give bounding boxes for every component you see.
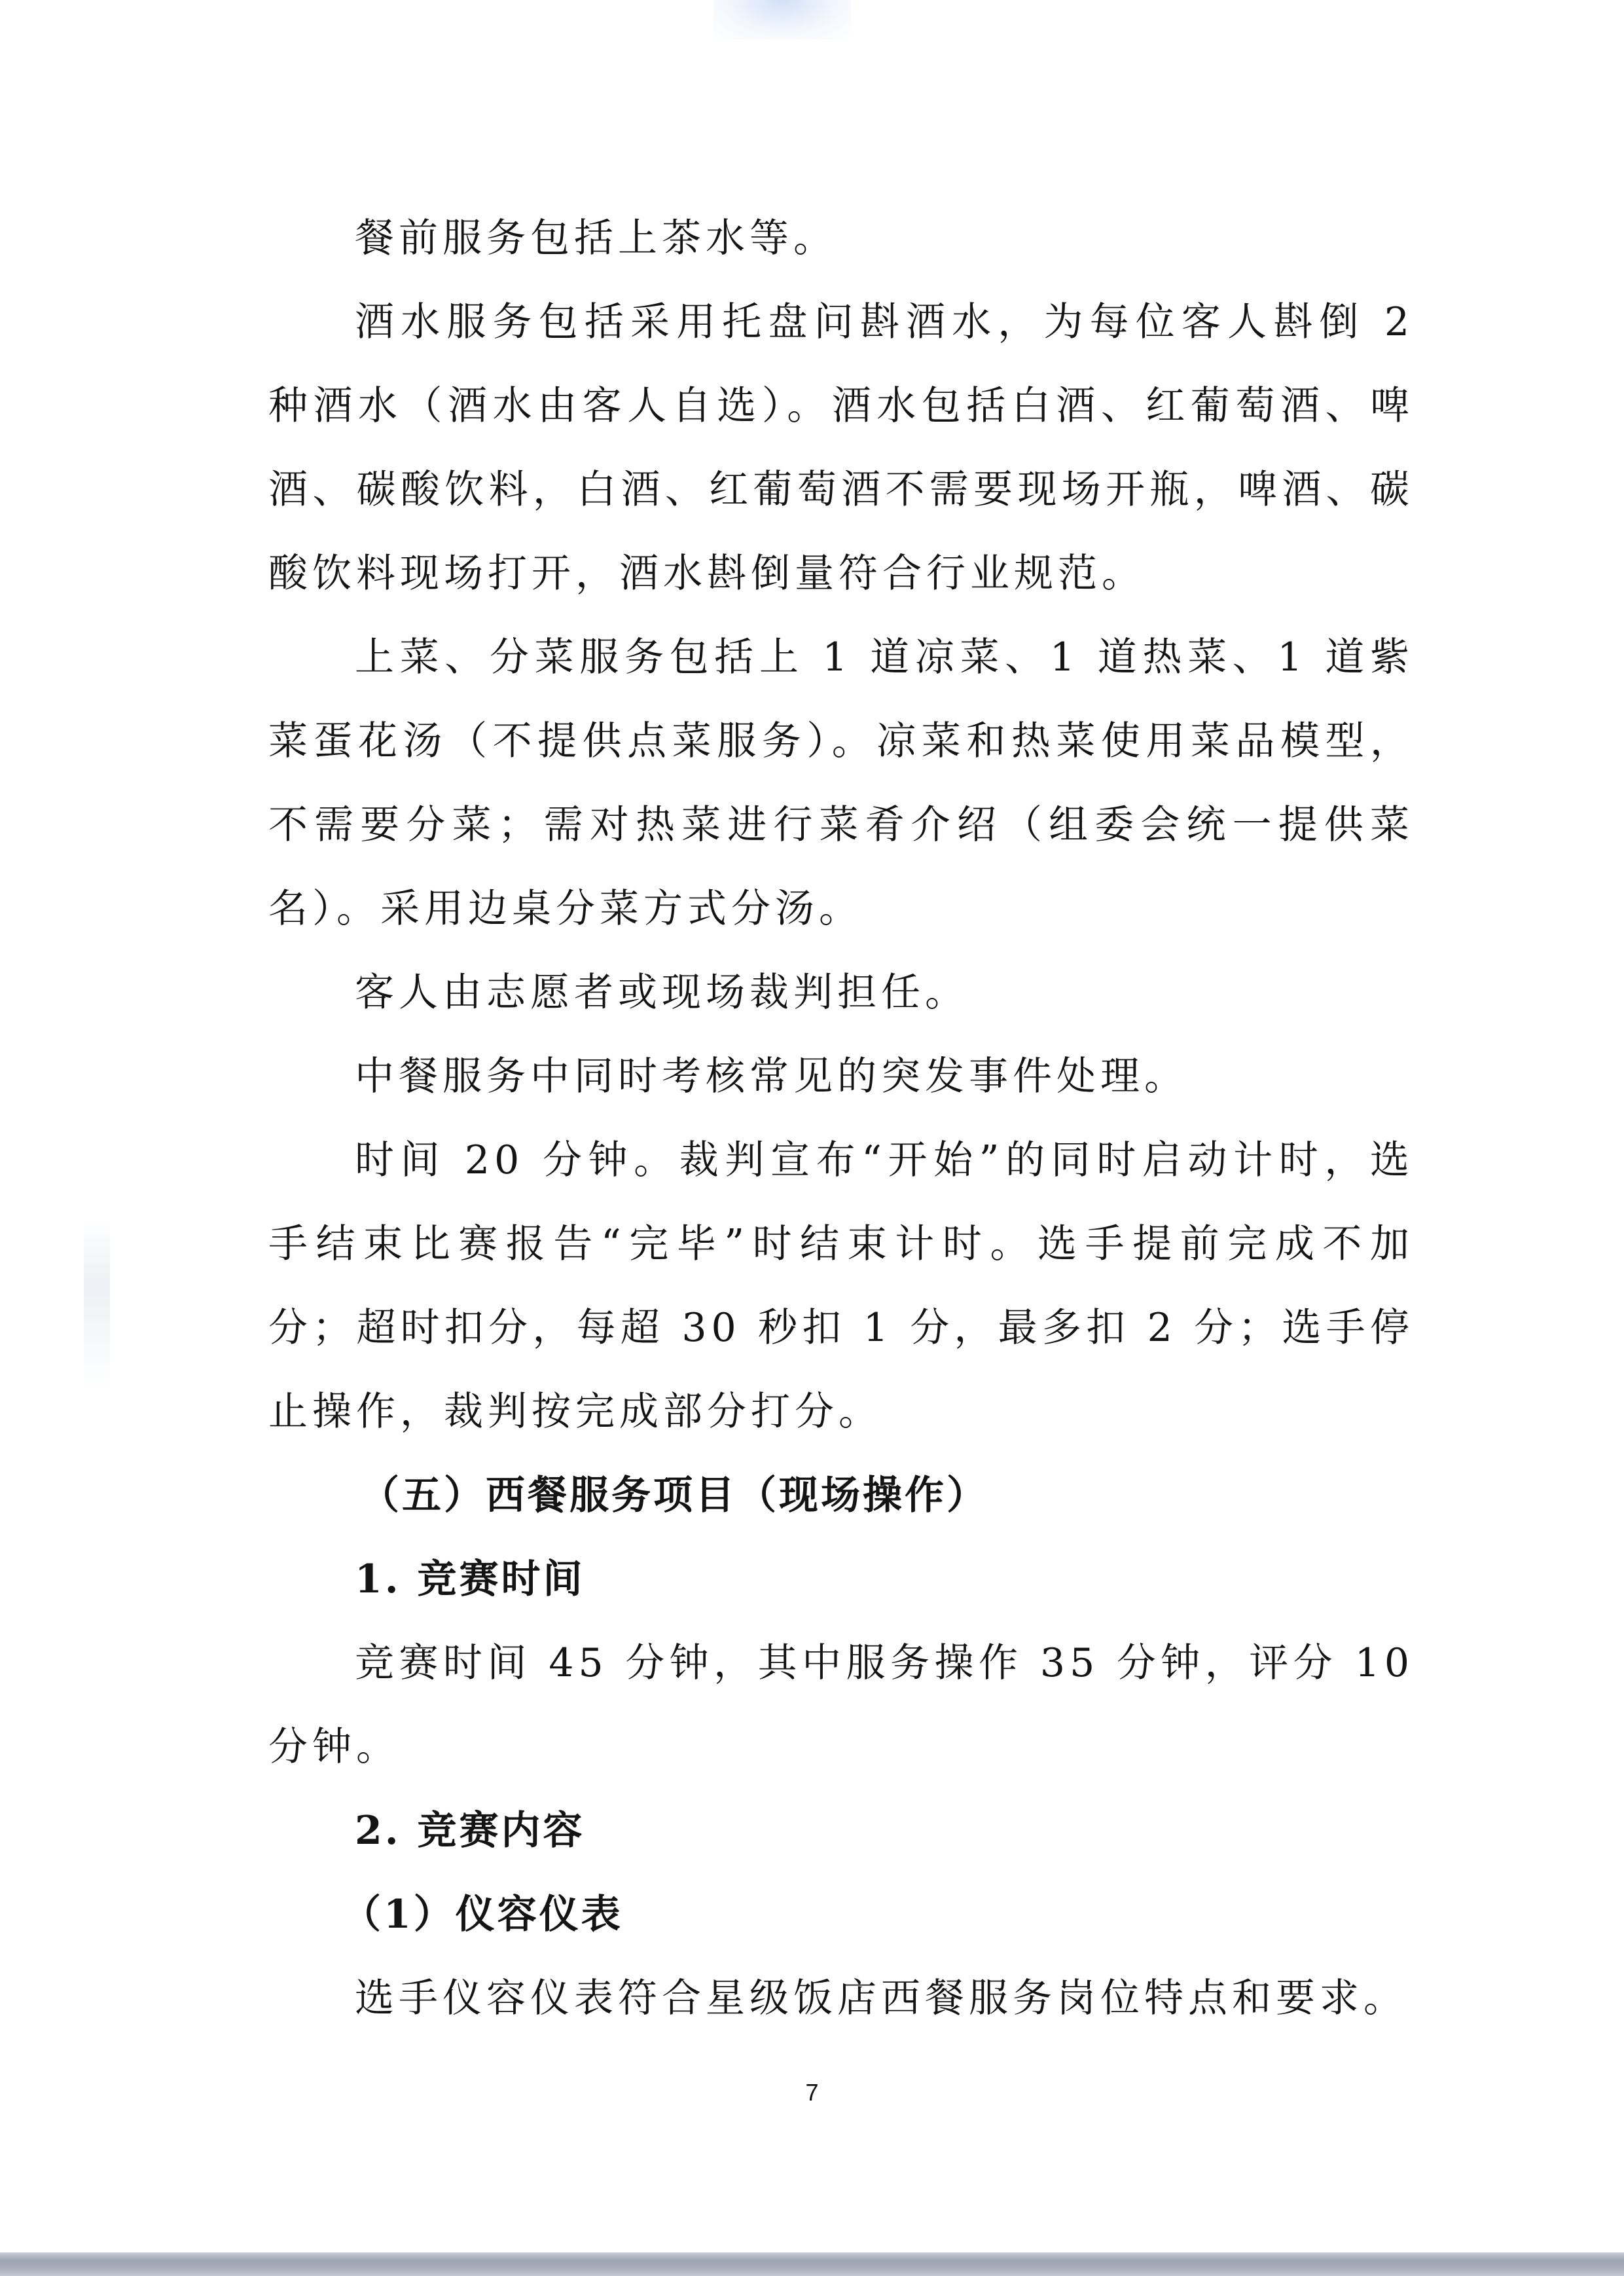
paragraph-appearance: 选手仪容仪表符合星级饭店西餐服务岗位特点和要求。 — [268, 1956, 1414, 2040]
page-number: 7 — [0, 2079, 1624, 2106]
scan-artifact-left — [84, 1218, 110, 1388]
scan-edge-band — [0, 2252, 1624, 2276]
paragraph-guests: 客人由志愿者或现场裁判担任。 — [268, 951, 1414, 1035]
paragraph-emergency-handling: 中餐服务中同时考核常见的突发事件处理。 — [268, 1035, 1414, 1118]
paragraph-competition-time: 竞赛时间 45 分钟，其中服务操作 35 分钟，评分 10 分钟。 — [268, 1621, 1414, 1789]
section-heading-western-service: （五）西餐服务项目（现场操作） — [268, 1454, 1414, 1537]
paragraph-timing-rules: 时间 20 分钟。裁判宣布“开始”的同时启动计时，选手结束比赛报告“完毕”时结束… — [268, 1118, 1414, 1454]
document-body: 餐前服务包括上茶水等。 酒水服务包括采用托盘问斟酒水，为每位客人斟倒 2 种酒水… — [268, 196, 1414, 2040]
heading-competition-time: 1. 竞赛时间 — [268, 1537, 1414, 1621]
scan-artifact-top — [713, 0, 851, 39]
paragraph-pre-meal-service: 餐前服务包括上茶水等。 — [268, 196, 1414, 280]
paragraph-beverage-service: 酒水服务包括采用托盘问斟酒水，为每位客人斟倒 2 种酒水（酒水由客人自选）。酒水… — [268, 280, 1414, 615]
heading-competition-content: 2. 竞赛内容 — [268, 1789, 1414, 1873]
paragraph-dish-serving: 上菜、分菜服务包括上 1 道凉菜、1 道热菜、1 道紫菜蛋花汤（不提供点菜服务）… — [268, 615, 1414, 951]
heading-appearance: （1）仪容仪表 — [268, 1873, 1414, 1956]
